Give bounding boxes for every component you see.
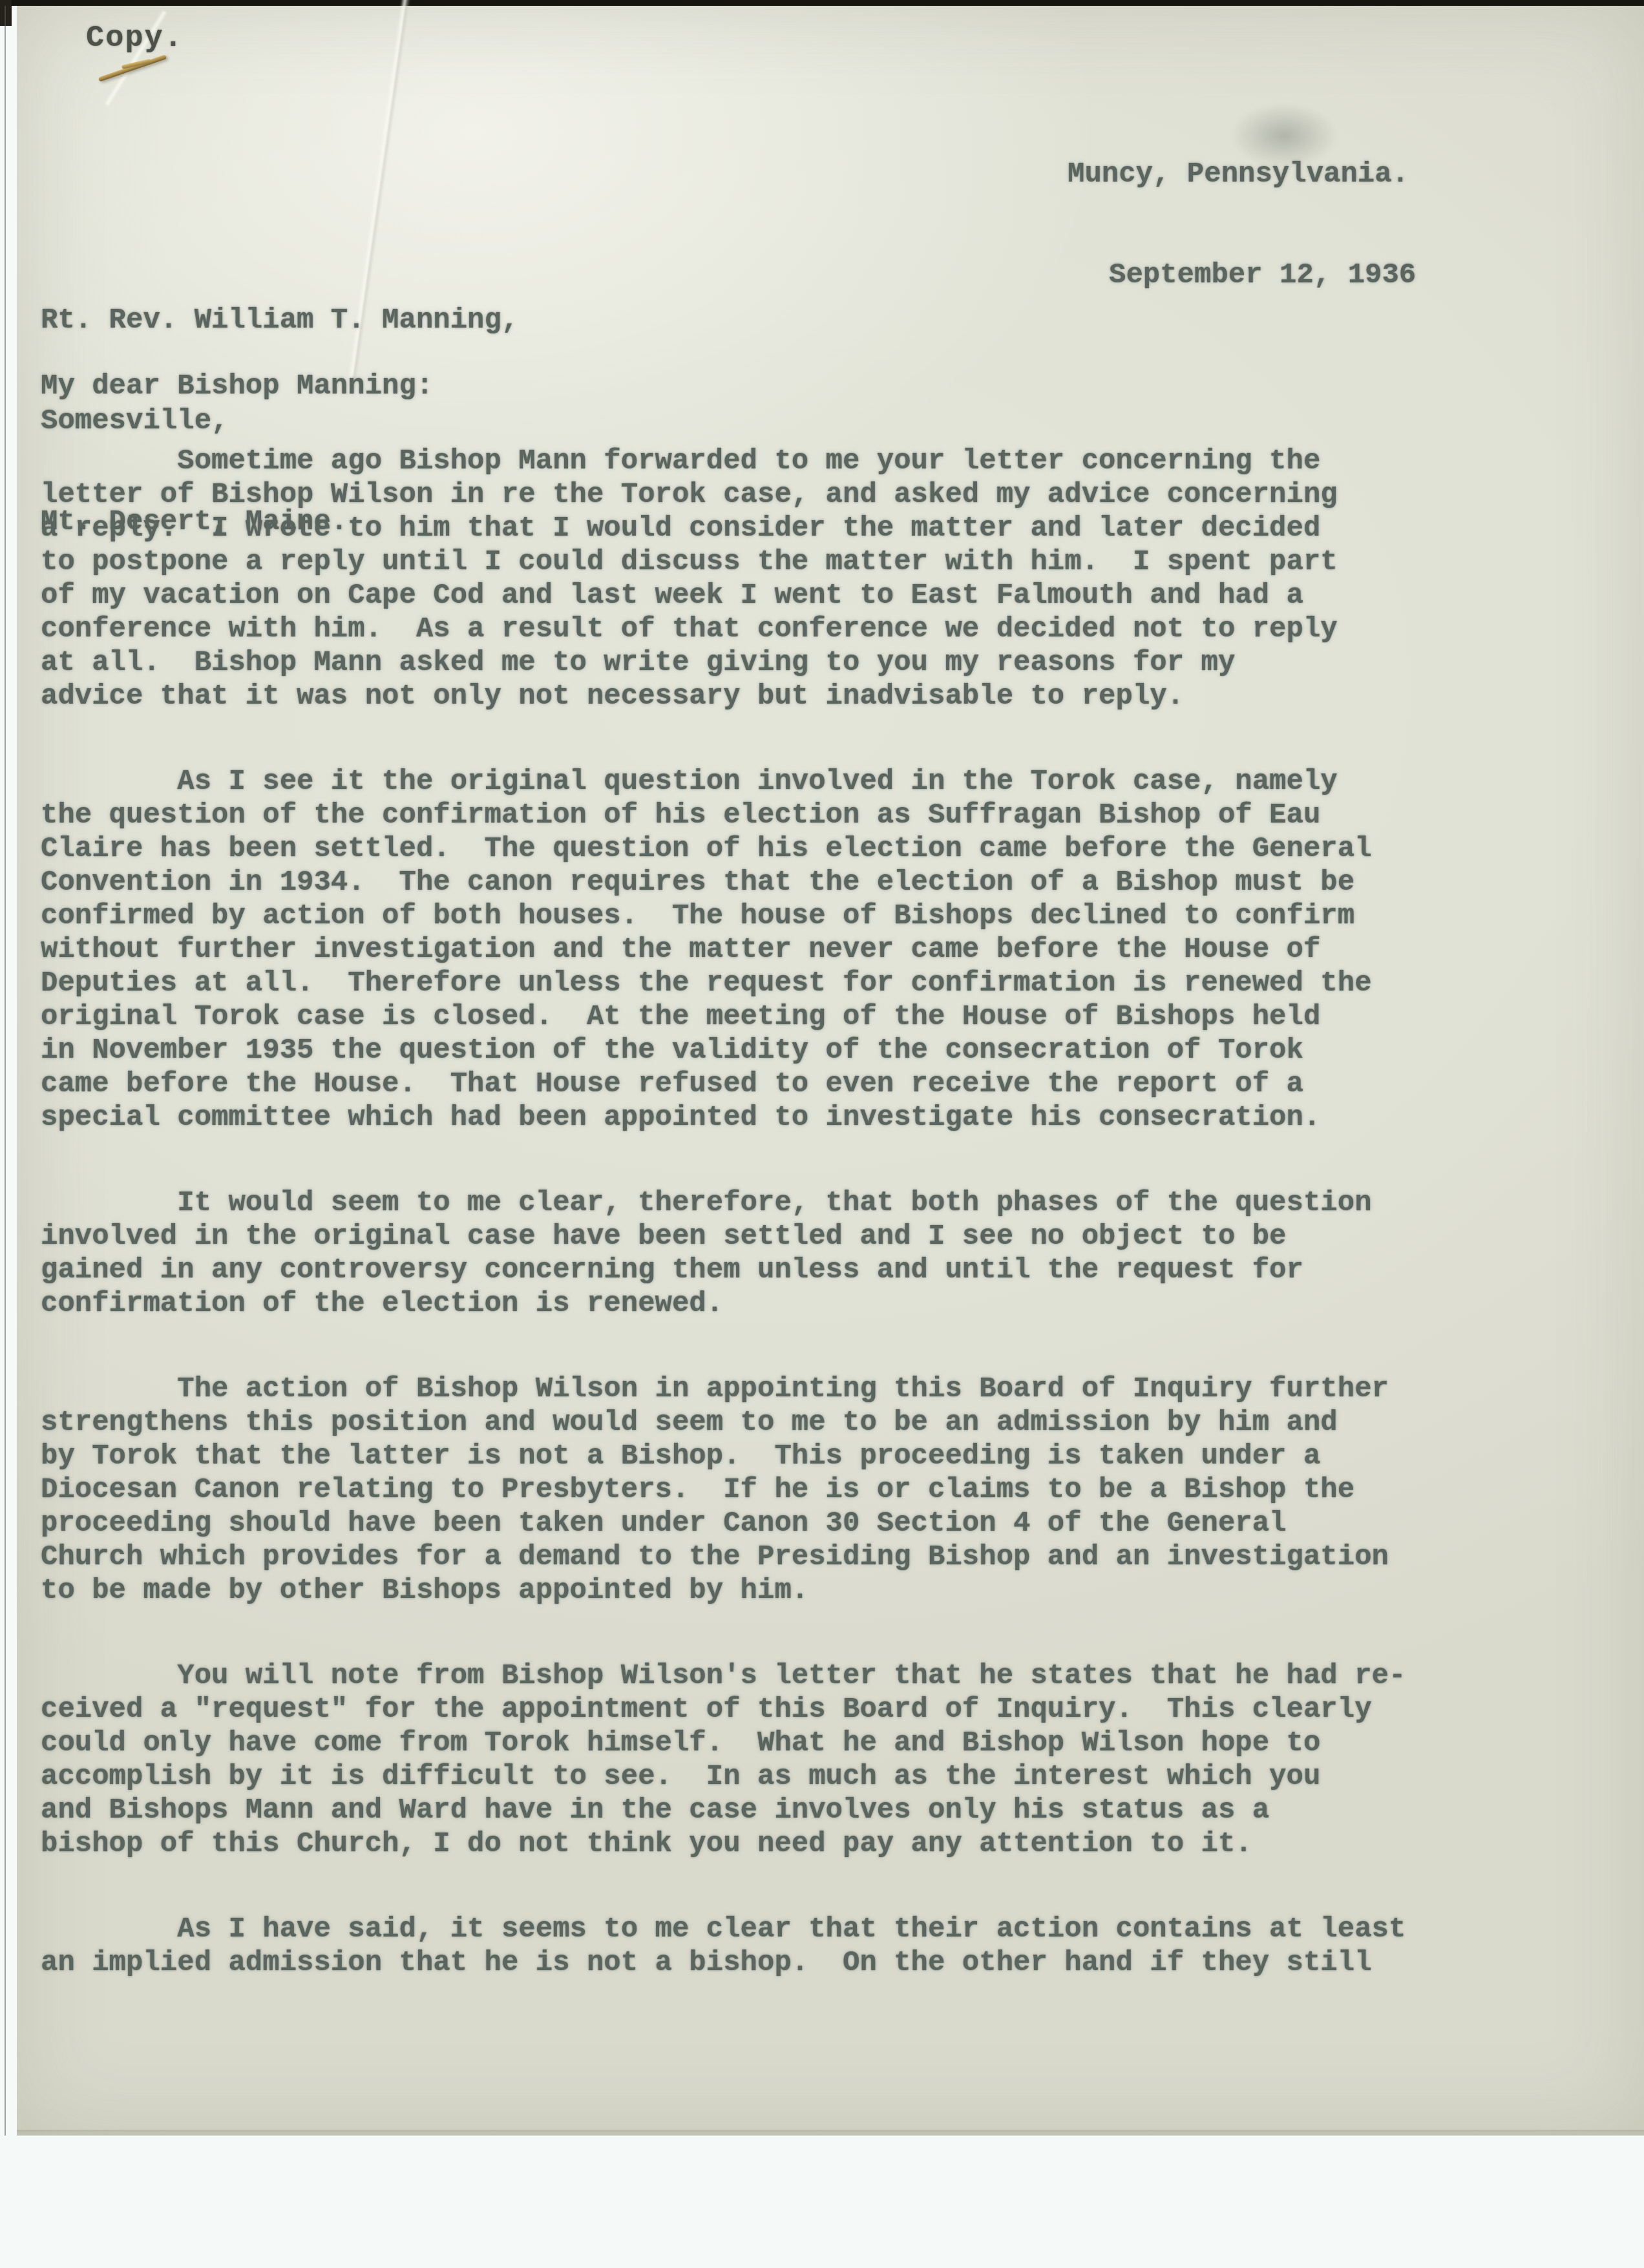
paper-bottom-edge [17,2130,1644,2136]
scan-edge-top [0,0,1644,6]
letter-line: a reply. I wrote to him that I would con… [41,512,1406,545]
letter-line: original Torok case is closed. At the me… [41,1000,1406,1034]
letter-line: You will note from Bishop Wilson's lette… [41,1659,1406,1693]
letter-line: without further investigation and the ma… [41,933,1406,967]
letter-line: to postpone a reply until I could discus… [41,545,1406,579]
letter-line: of my vacation on Cape Cod and last week… [41,579,1406,613]
letter-line: confirmed by action of both houses. The … [41,899,1406,933]
letter-line: Diocesan Canon relating to Presbyters. I… [41,1473,1406,1507]
letter-line: bishop of this Church, I do not think yo… [41,1827,1406,1861]
letter-line: the question of the confirmation of his … [41,799,1406,832]
copy-stamp: Copy. [86,22,184,56]
paragraph: As I have said, it seems to me clear tha… [41,1913,1406,1980]
address-line: Rt. Rev. William T. Manning, [41,304,518,337]
dateline: Muncy, Pennsylvania. September 12, 1936 [1068,90,1416,359]
letter-body: Sometime ago Bishop Mann forwarded to me… [41,445,1406,2032]
dateline-date: September 12, 1936 [1109,258,1416,292]
letter-line: gained in any controversy concerning the… [41,1254,1406,1287]
letter-line: Convention in 1934. The canon requires t… [41,866,1406,899]
letter-line: in November 1935 the question of the val… [41,1034,1406,1067]
address-line: Somesville, [41,404,518,438]
letter-line: confirmation of the election is renewed. [41,1287,1406,1321]
paragraph: As I see it the original question involv… [41,765,1406,1135]
letter-line: It would seem to me clear, therefore, th… [41,1186,1406,1220]
letter-line: special committee which had been appoint… [41,1101,1406,1135]
letter-line: Claire has been settled. The question of… [41,832,1406,866]
letter-line: Church which provides for a demand to th… [41,1540,1406,1574]
scan-edge-corner [0,0,12,26]
letter-line: Sometime ago Bishop Mann forwarded to me… [41,445,1406,478]
letter-line: at all. Bishop Mann asked me to write gi… [41,646,1406,680]
letter-line: came before the House. That House refuse… [41,1067,1406,1101]
scanned-letter-page: Copy. Muncy, Pennsylvania. September 12,… [0,0,1644,2268]
scan-edge-left-line [5,6,6,2136]
paragraph: It would seem to me clear, therefore, th… [41,1186,1406,1321]
letter-line: Deputies at all. Therefore unless the re… [41,967,1406,1000]
letter-line: proceeding should have been taken under … [41,1507,1406,1540]
paragraph: The action of Bishop Wilson in appointin… [41,1372,1406,1608]
letter-line: letter of Bishop Wilson in re the Torok … [41,478,1406,512]
letter-line: involved in the original case have been … [41,1220,1406,1254]
letter-line: and Bishops Mann and Ward have in the ca… [41,1794,1406,1827]
letter-line: As I have said, it seems to me clear tha… [41,1913,1406,1946]
paragraph: You will note from Bishop Wilson's lette… [41,1659,1406,1861]
letter-line: to be made by other Bishops appointed by… [41,1574,1406,1608]
letter-line: strengthens this position and would seem… [41,1406,1406,1440]
letter-line: The action of Bishop Wilson in appointin… [41,1372,1406,1406]
dateline-place: Muncy, Pennsylvania. [1068,158,1416,191]
letter-line: conference with him. As a result of that… [41,613,1406,646]
letter-line: could only have come from Torok himself.… [41,1727,1406,1760]
letter-line: advice that it was not only not necessar… [41,680,1406,713]
salutation: My dear Bishop Manning: [41,370,433,403]
letter-line: by Torok that the latter is not a Bishop… [41,1440,1406,1473]
letter-line: As I see it the original question involv… [41,765,1406,799]
letter-line: accomplish by it is difficult to see. In… [41,1760,1406,1794]
letter-line: an implied admission that he is not a bi… [41,1946,1406,1980]
paragraph: Sometime ago Bishop Mann forwarded to me… [41,445,1406,713]
letter-line: ceived a "request" for the appointment o… [41,1693,1406,1727]
